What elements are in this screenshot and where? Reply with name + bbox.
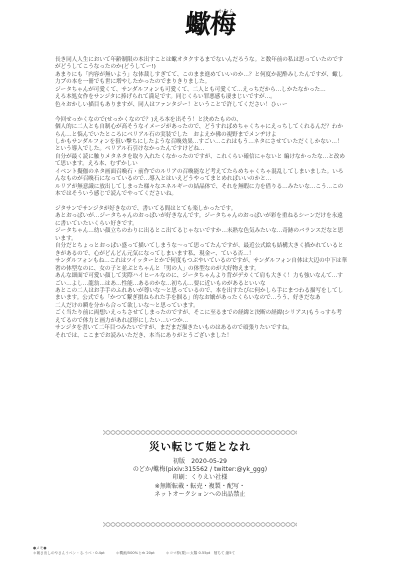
paragraph: 自分だとちょっとおっぱい盛って描いてしまうな〜って思ってたんですが、最近公式絵も… (55, 243, 347, 258)
paragraph: 長き同人人生において年齢制限の本出すことは蠍オタクするまでないんだろうな。と数年… (55, 57, 347, 72)
paragraph: ルリアが無意識に放出してしまった様々なエネルギーの結晶体で、それを無暇に力を借り… (55, 184, 347, 199)
memo-item: ＊コマ枠(要)＝太陽 0.55pt 削ちて 縮5て (166, 551, 235, 555)
wavy-divider-top (103, 430, 297, 435)
notice-line-1: ※無断転載・転売・複製・配写・ (103, 483, 297, 491)
paragraph: それでは、ここまでお読みいただき、本当にありがとうございました！ (55, 333, 347, 340)
paragraph: ごく当たり前に両想いえっちさせてしまったのですが、そこに至るまでの経緯と決断の経… (55, 310, 347, 325)
paragraph: 今回せっかくなので(せっかくなので？)えろ本を出そう！と決めたものの、 (55, 117, 347, 124)
notice-line-2: ネットオークションへの出品禁止 (103, 491, 297, 499)
memo-item: ＊朝さ出しのやさんうべン・る.うべ・0.4pt (33, 551, 105, 555)
paragraph: サンダルフォンもね…これはツイッターとかで何度もつぶやいているのですが、サンダル… (55, 258, 347, 273)
paragraph-gap (55, 199, 347, 206)
paragraph: あまりにも「内容が無いよう」な体裁しすぎてて、このまま進めていいのか…？と何度か… (55, 72, 347, 87)
memo-items: ＊朝さ出しのやさんうべン・る.うべ・0.4pt ＊機画/500%とrk 20pt… (33, 551, 245, 556)
book-title: 災い転じて姫となれ (103, 440, 297, 454)
paragraph: あとおっぱいが…ジータちゃんのおっぱいが好きなんです。ジータちゃんのおっぱいが彩… (55, 213, 347, 228)
paragraph: ジータちゃん…幼い顔立ちのわりに出るとこ出てるじゃないですか…未熟な色気みたいな… (55, 228, 347, 243)
printer-info: 印刷：くりえい社様 (103, 474, 297, 482)
colophon: 災い転じて姫となれ 初版 2020-05-29 のどか/蠍梅(pixiv:315… (103, 438, 297, 499)
paragraph: えろ本処女作をサンジタに捧げられて満足です。同じくらい罪悪感も凄まじいですが…。 (55, 94, 347, 101)
print-memo: ●メモ● ＊朝さ出しのやさんうべン・る.うべ・0.4pt ＊機画/500%とrk… (33, 546, 245, 555)
paragraph: 個人的に二人とも自制心が高そうなイメージがあったので、どうすればめちゃくちゃにえ… (55, 124, 347, 139)
paragraph: サンジタを書いて二年目つみたいですが、まだまだ描きたいものはあるので頑張りたいで… (55, 325, 347, 332)
paragraph: 色々おかしい描目もありますが、同人はファンタジー！ということで許してください！ひ… (55, 102, 347, 109)
paragraph: 自分が最く読に触りメタネタを取り入れたくなかったのですが、これくらい確信にゃない… (55, 154, 347, 169)
memo-item: ＊機画/500%とrk 20pt (116, 551, 155, 555)
paragraph: イベント擬伽のネタ画面召喚石・前作でのルリアの召喚能など考えてたらめちゃくちゃ混… (55, 169, 347, 184)
wavy-divider-bottom (103, 522, 297, 527)
circle-logo: かむら 蠍梅 (170, 8, 250, 48)
paragraph: あとこの二人はお手手のふれあいが尊いな〜と思っているので、本を出すたびに何かしら… (55, 288, 347, 303)
paragraph: しかもサンダルフォンを狙い撃ちにしたような召喚効果…すごい…これはもう…ネタにさ… (55, 139, 347, 154)
paragraph: あんな細面で可愛い顔して実際ハイヒールなのに、ジータちゃんより背がデカくて肩も大… (55, 273, 347, 288)
logo-title: 蠍梅 (184, 8, 236, 42)
paragraph-gap (55, 109, 347, 116)
issue-date: 初版 2020-05-29 (103, 458, 297, 466)
afterword-text: 長き同人人生において年齢制限の本出すことは蠍オタクするまでないんだろうな。と数年… (55, 57, 347, 340)
